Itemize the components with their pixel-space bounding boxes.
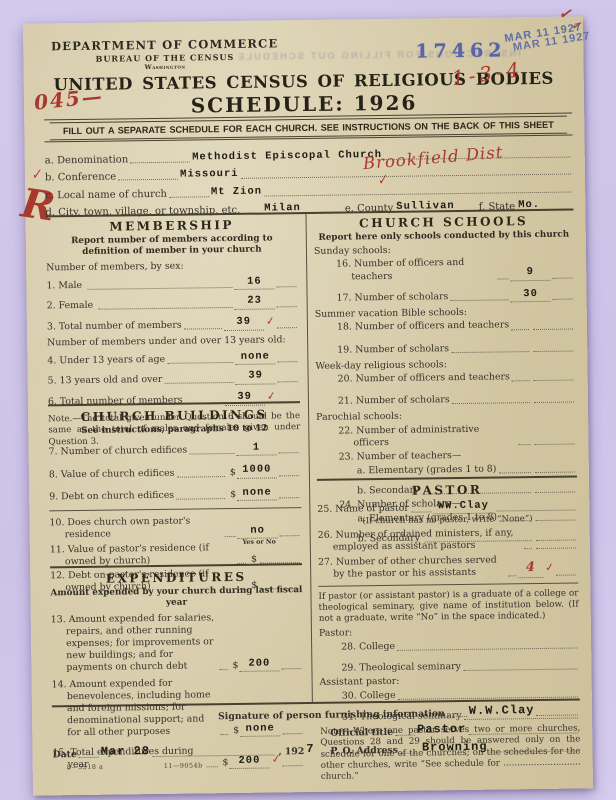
question-label: 5. 13 years old and over — [48, 374, 163, 388]
group-label: Pastor: — [319, 625, 579, 639]
question-label: 30. College — [342, 690, 396, 703]
section-subheading: Report number of members according to de… — [62, 233, 282, 258]
group-label: Parochial schools: — [316, 409, 576, 423]
form-body-columns: MEMBERSHIP Report number of members acco… — [45, 209, 579, 708]
right-column: CHURCH SCHOOLS Report here only schools … — [314, 214, 574, 217]
group-label: Week-day religious schools: — [315, 357, 575, 371]
dotted-leader — [537, 714, 579, 716]
answer-value: no — [238, 524, 278, 539]
group-label: Number of members, by sex: — [46, 259, 298, 273]
question-row: 13. Amount expended for salaries, repair… — [51, 611, 304, 674]
dotted-leader — [536, 548, 576, 550]
dotted-leader — [220, 734, 228, 735]
currency-sign: $ — [230, 489, 236, 501]
signature-value: W.W.Clay — [469, 703, 535, 718]
dotted-leader — [98, 307, 232, 310]
dotted-leader — [508, 575, 516, 576]
dotted-leader — [535, 443, 575, 445]
year-typed: 7 — [306, 742, 314, 756]
dotted-leader — [400, 753, 420, 754]
question-row: 29. Theological seminary — [319, 659, 579, 674]
question-row: 9. Debt on church edifices $ none — [49, 486, 301, 504]
question-label: 1. Male — [46, 280, 85, 293]
dotted-leader — [130, 162, 190, 164]
currency-sign: $ — [232, 660, 238, 672]
red-check-mark: ✓ — [30, 167, 44, 184]
dotted-leader — [395, 735, 415, 736]
group-label: Sunday schools: — [314, 242, 574, 256]
church-identity-fields: a. Denomination Methodist Episcopal Chur… — [45, 143, 574, 219]
dotted-leader — [519, 444, 531, 445]
red-check-mark: ✓ — [558, 4, 573, 23]
dotted-leader — [556, 574, 576, 575]
section-heading: MEMBERSHIP — [46, 217, 298, 234]
question-label: a. Elementary (grades 1 to 8) — [357, 463, 497, 477]
answer-value: 16 — [234, 275, 274, 290]
answer-value: 39 — [236, 370, 276, 385]
red-check-mark: ✓ — [265, 314, 276, 329]
question-label: 10. Does church own pastor's residence — [49, 515, 222, 541]
column-divider — [305, 214, 312, 702]
handwritten-answer-value: 4 — [518, 560, 543, 578]
date-value: Mar 28 — [101, 744, 150, 759]
dotted-leader — [498, 472, 530, 473]
dotted-leader — [219, 669, 227, 670]
answer-value: 200 — [239, 657, 279, 672]
question-row: 20. Number of officers and teachers — [316, 371, 576, 386]
group-label: Assistant pastor: — [320, 674, 580, 688]
dotted-leader — [451, 351, 529, 353]
dotted-leader — [280, 535, 300, 536]
dotted-leader — [397, 647, 577, 650]
question-label: 19. Number of scholars — [337, 343, 449, 356]
question-row: 8. Value of church edifices $ 1000 — [49, 464, 301, 482]
question-label: 13. Amount expended for salaries, repair… — [51, 612, 218, 674]
red-check-mark: ✓ — [570, 18, 582, 33]
question-row: 21. Number of scholars — [316, 393, 576, 408]
section-subheading: Amount expended by your church during la… — [50, 585, 302, 610]
dotted-leader — [497, 278, 508, 279]
dotted-leader — [533, 328, 573, 330]
dotted-leader — [553, 299, 573, 300]
dotted-leader — [164, 382, 233, 384]
dotted-leader — [184, 328, 222, 329]
dotted-leader — [264, 191, 571, 196]
question-label: 26. Number of ordained ministers, if any… — [318, 527, 522, 554]
left-column: MEMBERSHIP Report number of members acco… — [46, 217, 298, 220]
question-label: 21. Number of scholars — [338, 394, 450, 407]
question-row: 28. College — [319, 638, 579, 653]
dotted-leader — [552, 277, 572, 278]
group-label: 23. Number of teachers— — [339, 449, 577, 463]
form-code: 11—9054b — [164, 761, 203, 770]
question-row: 18. Number of officers and teachers — [315, 319, 575, 334]
yes-or-no-hint: Yes or No — [242, 539, 275, 547]
graduate-instruction: If pastor (or assistant pastor) is a gra… — [318, 588, 578, 626]
dotted-leader — [398, 696, 578, 699]
dotted-leader — [463, 668, 578, 670]
question-row: 5. 13 years old and over 39 — [48, 369, 300, 387]
question-label: 29. Theological seminary — [341, 661, 461, 675]
question-row: 17. Number of scholars 30 — [314, 287, 574, 305]
question-row: 2. Female 23 — [47, 295, 299, 313]
dotted-leader — [452, 402, 530, 404]
dotted-leader — [152, 754, 274, 757]
answer-value: 39 — [224, 316, 264, 331]
dotted-leader — [279, 453, 299, 454]
question-label: 4. Under 13 years of age — [47, 354, 165, 368]
question-label: 8. Value of church edifices — [49, 468, 175, 482]
dotted-leader — [176, 498, 225, 500]
dotted-leader — [282, 733, 302, 734]
dotted-leader — [241, 174, 571, 179]
dotted-leader — [169, 196, 209, 198]
scanned-census-form: DEPARTMENT OF COMMERCE BUREAU OF THE CEN… — [23, 16, 593, 795]
answer-value: WW.Clay — [433, 500, 494, 515]
currency-sign: $ — [233, 725, 239, 737]
dotted-leader — [277, 327, 297, 328]
question-label: 28. College — [341, 641, 395, 654]
dotted-leader — [535, 471, 575, 473]
po-address-label: P. O. Address — [330, 745, 398, 757]
answer-value: 9 — [510, 266, 550, 281]
dotted-leader — [281, 668, 301, 669]
question-label: 7. Number of church edifices — [49, 445, 188, 459]
field-label: b. Conference — [45, 172, 116, 184]
field-label: c. Local name of church — [45, 188, 167, 201]
form-codes: 8—5518 a 11—9054b — [67, 761, 261, 772]
question-row: 1. Male 16 — [46, 275, 298, 293]
question-row: 3. Total number of members 39 ✓ — [47, 314, 299, 333]
question-label: 20. Number of officers and teachers — [338, 371, 510, 385]
question-label: 3. Total number of members — [47, 320, 182, 334]
field-label: a. Denomination — [45, 155, 129, 167]
dotted-leader — [279, 475, 299, 476]
dotted-leader — [447, 716, 467, 717]
dotted-leader — [468, 732, 578, 734]
dotted-leader — [496, 510, 575, 512]
section-subheading: Report here only schools conducted by th… — [314, 230, 574, 244]
currency-sign: $ — [230, 467, 236, 479]
question-label: 18. Number of officers and teachers — [337, 320, 509, 334]
serial-number-stamp: 17462 — [415, 39, 506, 62]
section-heading: CHURCH BUILDINGS — [48, 407, 300, 424]
question-label: 16. Number of officers and teachers — [336, 257, 495, 283]
question-row: 19. Number of scholars — [315, 341, 575, 356]
answer-wrap: no Yes or No — [238, 524, 278, 539]
question-hint: (If church has no pastor, write “None”) — [317, 514, 577, 527]
question-label: 27. Number of other churches served by t… — [318, 554, 506, 581]
red-check-mark: ✓ — [544, 561, 555, 576]
field-value: Missouri — [180, 168, 239, 181]
section-heading: EXPENDITURES — [50, 569, 302, 586]
dotted-leader — [278, 381, 298, 382]
dotted-leader — [79, 757, 99, 758]
question-label: 9. Debt on church edifices — [49, 490, 174, 504]
dotted-leader — [176, 476, 224, 478]
field-row-church-name: c. Local name of church Mt Zion — [45, 181, 573, 201]
dotted-leader — [118, 179, 178, 181]
dotted-leader — [534, 380, 574, 382]
field-value: Methodist Episcopal Church — [192, 149, 382, 163]
answer-value: 1 — [236, 441, 276, 456]
po-address-value: Browning — [422, 740, 488, 755]
dotted-leader — [225, 536, 236, 537]
dotted-leader — [511, 329, 529, 330]
question-row: 22. Number of administrative officers — [316, 422, 576, 449]
dotted-leader — [411, 512, 431, 513]
dotted-leader — [87, 287, 232, 290]
section-rule — [318, 582, 578, 586]
answer-value: 30 — [510, 287, 550, 302]
answer-value: none — [237, 486, 277, 501]
dotted-leader — [512, 380, 530, 381]
dotted-leader — [167, 362, 233, 364]
answer-value: none — [240, 722, 280, 737]
dotted-leader — [277, 306, 297, 307]
dotted-leader — [533, 350, 573, 352]
dotted-leader — [534, 402, 574, 404]
field-value: Mt Zion — [211, 185, 262, 198]
answer-value: 23 — [235, 295, 275, 310]
question-label: 2. Female — [47, 300, 97, 313]
expenditures-section: EXPENDITURES Amount expended by your chu… — [50, 563, 305, 772]
dotted-leader — [490, 750, 579, 752]
question-row: 7. Number of church edifices 1 — [48, 441, 300, 459]
section-heading: PASTOR — [317, 481, 577, 498]
answer-value: 1000 — [237, 464, 277, 479]
question-row: 30. College — [320, 687, 580, 702]
group-label: Summer vacation Bible schools: — [315, 305, 575, 319]
question-row: 16. Number of officers and teachers 9 — [314, 256, 574, 283]
question-label: 22. Number of administrative officers — [338, 423, 516, 449]
section-rule — [49, 507, 301, 511]
dotted-leader — [277, 361, 297, 362]
question-row: 10. Does church own pastor's residence n… — [49, 514, 301, 541]
date-label: Date — [52, 749, 76, 760]
field-row-conference: b. Conference Missouri — [45, 164, 573, 184]
question-label: 14. Amount expended for benevolences, in… — [52, 677, 219, 739]
form-code: 8—5518 a — [67, 763, 104, 771]
dotted-leader — [279, 497, 299, 498]
group-label: Number of members under and over 13 year… — [47, 334, 299, 348]
question-row: 26. Number of ordained ministers, if any… — [318, 526, 578, 553]
dotted-leader — [276, 287, 296, 288]
section-heading: CHURCH SCHOOLS — [314, 214, 574, 231]
question-label: 17. Number of scholars — [337, 291, 449, 304]
question-row: 27. Number of other churches served by t… — [318, 553, 578, 580]
dotted-leader — [189, 453, 234, 455]
question-row: a. Elementary (grades 1 to 8) — [357, 462, 577, 477]
dotted-leader — [450, 299, 508, 301]
instruction-banner-text: FILL OUT A SEPARATE SCHEDULE FOR EACH CH… — [50, 115, 568, 140]
section-subheading: See instructions, paragraphs 10 to 12 — [48, 423, 300, 437]
official-title-value: Pastor — [417, 722, 466, 737]
dotted-leader — [283, 765, 303, 766]
question-row: 4. Under 13 years of age none — [47, 350, 299, 368]
question-label: 25. Name of pastor — [317, 503, 409, 516]
dotted-leader — [524, 548, 532, 549]
answer-value: none — [235, 350, 275, 365]
year-printed: , 192 — [278, 746, 304, 757]
official-title-label: Official title — [330, 727, 393, 739]
